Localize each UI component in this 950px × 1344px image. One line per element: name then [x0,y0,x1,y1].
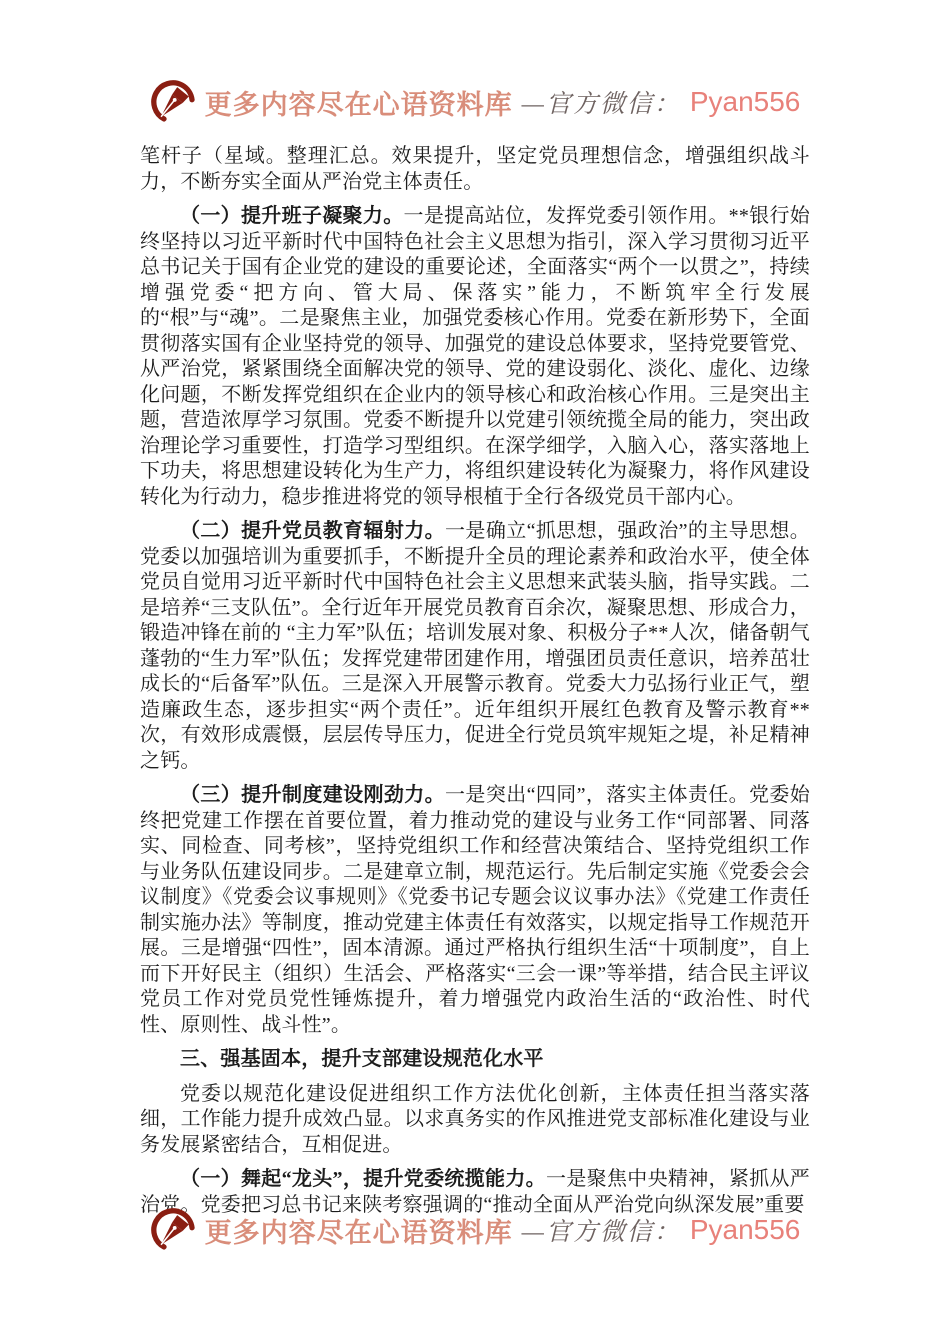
watermark-brand-text: 更多内容尽在心语资料库 [205,1211,513,1250]
pen-logo-icon [150,79,196,125]
footer-watermark: 更多内容尽在心语资料库 —官方微信： Pyan556 [0,1204,950,1256]
paragraph-continuation: 笔杆子（星域。整理汇总。效果提升，坚定党员理想信念，增强组织战斗力，不断夯实全面… [140,144,810,195]
header-watermark: 更多内容尽在心语资料库 —官方微信： Pyan556 [0,0,950,128]
document-body: 笔杆子（星域。整理汇总。效果提升，坚定党员理想信念，增强组织战斗力，不断夯实全面… [140,144,810,1218]
section-3-body: 一是突出“四同”，落实主体责任。党委始终把党建工作摆在首要位置，着力推动党的建设… [140,784,810,1036]
paragraph-chapter-intro: 党委以规范化建设促进组织工作方法优化创新，主体责任担当落实落细，工作能力提升成效… [140,1082,810,1159]
section-1-lead: （一）提升班子凝聚力。 [180,205,404,227]
paragraph-section-3: （三）提升制度建设刚劲力。一是突出“四同”，落实主体责任。党委始终把党建工作摆在… [140,783,810,1038]
watermark-channel-text: —官方微信： [522,1212,681,1248]
section-2-lead: （二）提升党员教育辐射力。 [180,520,445,542]
pen-logo-icon [150,1207,196,1253]
watermark-channel-text: —官方微信： [522,84,681,120]
paragraph-section-1: （一）提升班子凝聚力。一是提高站位，发挥党委引领作用。**银行始终坚持以习近平新… [140,204,810,510]
chapter-heading: 三、强基固本，提升支部建设规范化水平 [140,1047,810,1073]
watermark-wechat-id: Pyan556 [690,1214,801,1246]
section-3-lead: （三）提升制度建设刚劲力。 [180,784,445,806]
paragraph-section-2: （二）提升党员教育辐射力。一是确立“抓思想，强政治”的主导思想。党委以加强培训为… [140,519,810,774]
section-2-body: 一是确立“抓思想，强政治”的主导思想。党委以加强培训为重要抓手，不断提升全员的理… [140,520,810,772]
section-4-lead: （一）舞起“龙头”，提升党委统揽能力。 [180,1168,546,1190]
section-1-body: 一是提高站位，发挥党委引领作用。**银行始终坚持以习近平新时代中国特色社会主义思… [140,205,810,508]
document-page: 更多内容尽在心语资料库 —官方微信： Pyan556 笔杆子（星域。整理汇总。效… [0,0,950,1344]
watermark-brand-text: 更多内容尽在心语资料库 [205,83,513,122]
watermark-wechat-id: Pyan556 [690,86,801,118]
